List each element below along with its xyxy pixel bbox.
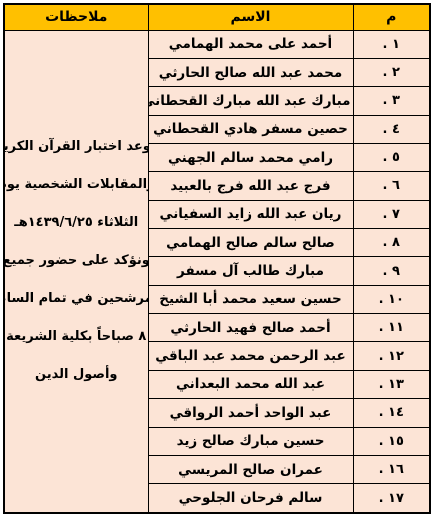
- candidate-name-cell: حصين مسفر هادي القحطاني: [148, 115, 353, 143]
- notes-line: موعد اختبار القرآن الكريم: [4, 128, 148, 166]
- header-name: الاسم: [148, 4, 353, 30]
- notes-cell: موعد اختبار القرآن الكريموالمقابلات الشخ…: [4, 30, 148, 513]
- serial-number-cell: ٨ .: [353, 229, 430, 257]
- table-row: ١ .أحمد على محمد الهماميموعد اختبار القر…: [4, 30, 430, 58]
- table-body: ١ .أحمد على محمد الهماميموعد اختبار القر…: [4, 30, 430, 513]
- candidate-name-cell: أحمد على محمد الهمامي: [148, 30, 353, 58]
- serial-number-cell: ٣ .: [353, 87, 430, 115]
- notes-line: ٨ صباحاً بكلية الشريعة: [6, 318, 146, 356]
- notes-line: ونؤكد على حضور جميع: [4, 242, 148, 280]
- candidate-name-cell: مبارك طالب آل مسفر: [148, 257, 353, 285]
- candidate-name-cell: حسين سعيد محمد أبا الشيخ: [148, 285, 353, 313]
- candidate-name-cell: عبد الواحد أحمد الرواقي: [148, 399, 353, 427]
- notes-line: والمقابلات الشخصية يوم: [4, 166, 148, 204]
- serial-number-cell: ٥ .: [353, 143, 430, 171]
- serial-number-cell: ١٤ .: [353, 399, 430, 427]
- serial-number-cell: ١٥ .: [353, 427, 430, 455]
- serial-number-cell: ١٧ .: [353, 484, 430, 513]
- candidate-name-cell: عبد الله محمد البعداني: [148, 370, 353, 398]
- candidate-name-cell: مبارك عبد الله مبارك القحطاني: [148, 87, 353, 115]
- serial-number-cell: ٤ .: [353, 115, 430, 143]
- notes-line: المرشحين في تمام الساعة: [4, 280, 148, 318]
- candidates-table: م الاسم ملاحظات ١ .أحمد على محمد الهمامي…: [3, 3, 431, 514]
- serial-number-cell: ١٠ .: [353, 285, 430, 313]
- candidate-name-cell: فرج عبد الله فرج بالعبيد: [148, 172, 353, 200]
- candidate-name-cell: سالم فرحان الجلوحي: [148, 484, 353, 513]
- candidate-name-cell: صالح سالم صالح الهمامي: [148, 229, 353, 257]
- header-serial-number: م: [353, 4, 430, 30]
- candidate-name-cell: أحمد صالح فهيد الحارثي: [148, 314, 353, 342]
- document-sheet: م الاسم ملاحظات ١ .أحمد على محمد الهمامي…: [3, 3, 431, 514]
- candidate-name-cell: عبد الرحمن محمد عبد الباقي: [148, 342, 353, 370]
- serial-number-cell: ١ .: [353, 30, 430, 58]
- notes-line: الثلاثاء ١٤٣٩/٦/٢٥هـ: [14, 204, 138, 242]
- serial-number-cell: ٦ .: [353, 172, 430, 200]
- serial-number-cell: ٢ .: [353, 58, 430, 86]
- candidate-name-cell: محمد عبد الله صالح الحارثي: [148, 58, 353, 86]
- serial-number-cell: ١٦ .: [353, 455, 430, 483]
- candidate-name-cell: عمران صالح المريسي: [148, 455, 353, 483]
- candidate-name-cell: رامي محمد سالم الجهني: [148, 143, 353, 171]
- notes-text-block: موعد اختبار القرآن الكريموالمقابلات الشخ…: [7, 30, 146, 502]
- candidate-name-cell: ريان عبد الله زايد السفياني: [148, 200, 353, 228]
- header-notes: ملاحظات: [4, 4, 148, 30]
- candidate-name-cell: حسين مبارك صالح زيد: [148, 427, 353, 455]
- serial-number-cell: ١٢ .: [353, 342, 430, 370]
- serial-number-cell: ١٣ .: [353, 370, 430, 398]
- serial-number-cell: ٧ .: [353, 200, 430, 228]
- serial-number-cell: ١١ .: [353, 314, 430, 342]
- header-row: م الاسم ملاحظات: [4, 4, 430, 30]
- notes-line: وأصول الدين: [35, 356, 117, 394]
- serial-number-cell: ٩ .: [353, 257, 430, 285]
